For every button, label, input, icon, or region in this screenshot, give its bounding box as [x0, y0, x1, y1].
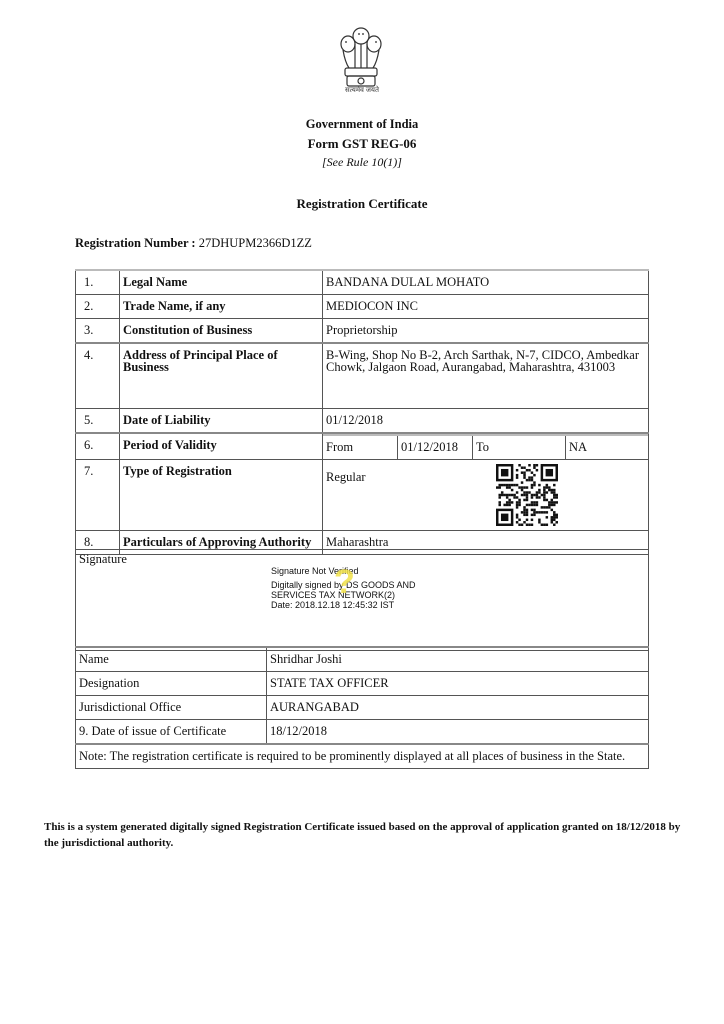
trade-name-value: MEDIOCON INC [323, 295, 649, 319]
field-label: Constitution of Business [120, 319, 323, 344]
registration-type-value: Regular [326, 460, 645, 484]
period-of-validity: From 01/12/2018 To NA [323, 433, 649, 460]
registration-number-label: Registration Number : [75, 236, 196, 250]
to-value: NA [566, 435, 649, 459]
ashoka-emblem-icon [333, 22, 389, 96]
table-row: 9. Date of issue of Certificate 18/12/20… [76, 720, 649, 745]
row-number: 1. [76, 270, 120, 295]
row-number: 5. [76, 409, 120, 434]
table-row: Name Shridhar Joshi [76, 647, 649, 672]
signature-date: Date: 2018.12.18 12:45:32 IST [271, 600, 416, 610]
table-row: 3. Constitution of Business Proprietorsh… [76, 319, 649, 344]
designation-value: STATE TAX OFFICER [267, 672, 649, 696]
field-label: Type of Registration [120, 460, 323, 531]
signature-table: Signature ? Signature Not Verified Digit… [75, 549, 649, 651]
field-label: Trade Name, if any [120, 295, 323, 319]
issue-date-value: 18/12/2018 [267, 720, 649, 745]
table-row: 4. Address of Principal Place of Busines… [76, 343, 649, 409]
row-number: 3. [76, 319, 120, 344]
government-heading: Government of India [0, 117, 724, 132]
jurisdictional-office-value: AURANGABAD [267, 696, 649, 720]
officer-name-value: Shridhar Joshi [267, 647, 649, 672]
field-label: Address of Principal Place of Business [120, 343, 323, 409]
row-number: 2. [76, 295, 120, 319]
question-mark-icon: ? [334, 564, 355, 600]
constitution-value: Proprietorship [323, 319, 649, 344]
signature-label: Signature [79, 552, 127, 566]
from-label: From [323, 435, 398, 459]
field-label: Legal Name [120, 270, 323, 295]
date-of-liability-value: 01/12/2018 [323, 409, 649, 434]
certificate-title: Registration Certificate [0, 196, 724, 212]
field-label: Jurisdictional Office [76, 696, 267, 720]
to-label: To [473, 435, 566, 459]
table-row: Designation STATE TAX OFFICER [76, 672, 649, 696]
row-number: 6. [76, 433, 120, 460]
table-row: 6. Period of Validity From 01/12/2018 To… [76, 433, 649, 460]
registration-number: Registration Number : 27DHUPM2366D1ZZ [75, 236, 312, 251]
field-label: Period of Validity [120, 433, 323, 460]
note-text: Note: The registration certificate is re… [76, 744, 649, 769]
table-row: Jurisdictional Office AURANGABAD [76, 696, 649, 720]
registration-number-value: 27DHUPM2366D1ZZ [199, 236, 312, 250]
legal-name-value: BANDANA DULAL MOHATO [323, 270, 649, 295]
rule-reference: [See Rule 10(1)] [0, 155, 724, 170]
officer-table: Name Shridhar Joshi Designation STATE TA… [75, 646, 649, 769]
registration-type-cell: Regular [323, 460, 649, 531]
table-row: Note: The registration certificate is re… [76, 744, 649, 769]
table-row: 7. Type of Registration Regular [76, 460, 649, 531]
field-label: 9. Date of issue of Certificate [76, 720, 267, 745]
form-heading: Form GST REG-06 [0, 136, 724, 152]
qr-code-icon [496, 464, 558, 526]
from-value: 01/12/2018 [398, 435, 473, 459]
signature-cell: Signature ? Signature Not Verified Digit… [76, 550, 649, 651]
field-label: Date of Liability [120, 409, 323, 434]
table-row: 1. Legal Name BANDANA DULAL MOHATO [76, 270, 649, 295]
field-label: Designation [76, 672, 267, 696]
row-number: 4. [76, 343, 120, 409]
digital-signature-block[interactable]: ? Signature Not Verified Digitally signe… [271, 566, 416, 610]
address-value: B-Wing, Shop No B-2, Arch Sarthak, N-7, … [323, 343, 649, 409]
validity-subtable: From 01/12/2018 To NA [323, 434, 648, 459]
row-number: 7. [76, 460, 120, 531]
footer-statement: This is a system generated digitally sig… [44, 819, 684, 851]
field-label: Name [76, 647, 267, 672]
registration-details-table: 1. Legal Name BANDANA DULAL MOHATO 2. Tr… [75, 269, 649, 555]
table-row: 2. Trade Name, if any MEDIOCON INC [76, 295, 649, 319]
emblem-motto: सत्यमेव जयते [318, 86, 406, 95]
table-row: 5. Date of Liability 01/12/2018 [76, 409, 649, 434]
